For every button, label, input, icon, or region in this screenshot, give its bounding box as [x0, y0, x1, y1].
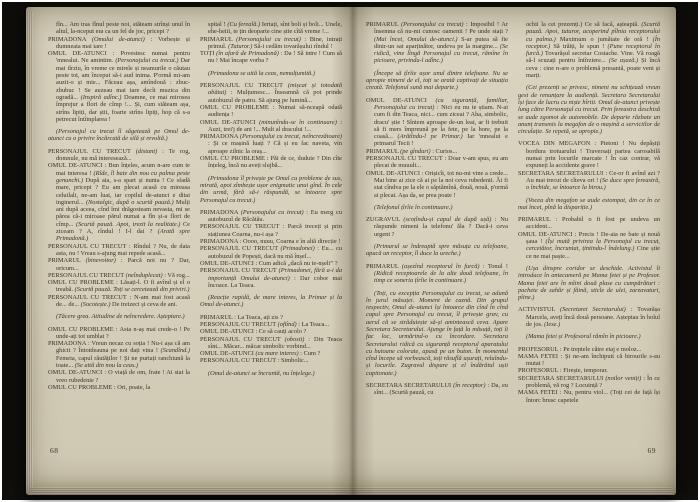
dialogue-line: MAMA FETEI : Și ne-am închipuit că birou…: [518, 353, 660, 368]
stage-direction: (Personajul cu trecut îl săgetează pe Om…: [48, 128, 190, 143]
dialogue-line: OMUL DE-ATUNCI : Bun înțeles, acum n-are…: [48, 162, 190, 242]
page-number-right: 69: [648, 446, 657, 455]
dialogue-line: OMUL CU PROBLEME : Ori, poate, la: [48, 384, 190, 391]
dialogue-line: PERSONAJUL CU TRECUT (oftînd) : La Teaca…: [200, 321, 342, 328]
dialogue-line: PRIMARUL (Personajului cu trecut) : Impo…: [366, 21, 508, 65]
dialogue-line: PRIMADONA : Oooo, nuuu, Coarna e în altă…: [200, 238, 342, 245]
book-photo-background: fîn... Am tras fînul peste noi, stăteam …: [2, 2, 698, 500]
stage-direction: (Cei prezenți se privesc, nimeni nu schi…: [518, 84, 660, 135]
dialogue-line: ZUGRAVUL (scoțîndu-și capul de după ușă)…: [366, 216, 508, 238]
page-right: PRIMARUL (Personajului cu trecut) : Impo…: [356, 7, 674, 485]
text-column-1: fîn... Am tras fînul peste noi, stăteam …: [48, 21, 190, 441]
dialogue-line: OMUL DE-ATUNCI : Precis ! De-aia ne bate…: [518, 231, 660, 260]
dialogue-line: PERSONAJUL CU TRECUT (Primadonei, fără a…: [200, 267, 342, 289]
dialogue-line: fîn... Am tras fînul peste noi, stăteam …: [48, 21, 190, 36]
dialogue-line: PRIMARUL : La Teaca, ați zis ?: [200, 314, 342, 321]
dialogue-line: MAMA FETEI : Nu, pentru viol... (Toți ce…: [518, 389, 660, 404]
dialogue-line: OMUL CU PROBLEME : Numai să-nceapă odată…: [200, 104, 342, 119]
dialogue-line: PRIMADONA (Personajului cu trecut, neînc…: [200, 133, 342, 155]
stage-direction: (Vocea din megafon se aude estompat, din…: [518, 197, 660, 212]
dialogue-line: OMUL DE-ATUNCI (cu siguranță, familiar, …: [366, 97, 508, 148]
dialogue-line: PERSONAJUL CU TRECUT : Simbolic...: [200, 357, 342, 364]
dialogue-line: PERSONAJUL CU TRECUT : Doar v-am spus, e…: [366, 155, 508, 170]
dialogue-line: PRIMADONA (Omului de-atunci) : Vorbește …: [48, 36, 190, 51]
stage-direction: (Tăcere grea. Atitudine de neîncredere. …: [48, 313, 190, 320]
dialogue-line: PRIMARUL (pe gînduri) : Curios...: [366, 148, 508, 155]
dialogue-line: spital ! (Cu fereală.) Iertați, sînt bol…: [200, 21, 342, 36]
page-stack-edge-bottom: [30, 487, 672, 495]
dialogue-line: OMUL DE-ATUNCI (minunîndu-se în continua…: [200, 119, 342, 134]
dialogue-line: PROFESORUL : Pe treptele către etaj e mo…: [518, 346, 660, 353]
dialogue-line: OMUL DE-ATUNCI : Orișicît, tot nu-mi vin…: [366, 170, 508, 199]
dialogue-line: PRIMARUL (Personajului cu trecut) : Bine…: [200, 36, 342, 51]
dialogue-line: PERSONAJUL CU TRECUT : N-am mai fost aca…: [48, 294, 190, 309]
stage-direction: (Primadona îl privește pe Omul cu proble…: [200, 175, 342, 204]
dialogue-line: PRIMARUL (așezînd receptorul în furcă) :…: [366, 263, 508, 285]
open-book-spread: fîn... Am tras fînul peste noi, stăteam …: [26, 7, 676, 495]
dialogue-line: SECRETARA SECRETARULUI (în receptor) : D…: [366, 382, 508, 397]
dialogue-line: SECRETARA SECRETARULUI : Ce-or fi avînd …: [518, 170, 660, 192]
dialogue-line: TOȚI (în afară de Primadonă) : Da ! Să i…: [200, 50, 342, 65]
dialogue-line: PERSONAJUL CU TRECUT (Primadonei) : Eu..…: [200, 245, 342, 260]
dialogue-line: PRIMADONA (Personajului cu trecut) : Eu …: [200, 209, 342, 224]
stage-direction: (Mama fetei și Profesorul rămîn în picio…: [518, 333, 660, 340]
dialogue-line: PERSONAJUL CU TRECUT : Parcă treceți și …: [200, 223, 342, 238]
dialogue-line: PROFESORUL : Firește, temporar.: [518, 367, 660, 374]
stage-direction: (Ușa dinspre coridor se deschide. Activi…: [518, 265, 660, 301]
dialogue-line: PRIMARUL (binevoitor) : Parcă noi nu ? D…: [48, 257, 190, 272]
stage-direction: (Primadona se uită la ceas, nemulțumită.…: [200, 70, 342, 77]
dialogue-line: OMUL CU PROBLEME : Păi de ce, duduie ? D…: [200, 155, 342, 170]
stage-direction: (Primarul se îndreaptă spre măsuța cu te…: [366, 243, 508, 258]
dialogue-line: PRIMARUL : Probabil o fi fost pe undeva …: [518, 216, 660, 231]
dialogue-line: OMUL DE-ATUNCI : O viață de om, frate ! …: [48, 369, 190, 384]
text-column-4: ochii la cei prezenți.) Ce să facă, aște…: [518, 21, 660, 441]
dialogue-line: OMUL CU PROBLEME : Asta n-aș mai crede-o…: [48, 326, 190, 341]
dialogue-line: ochii la cei prezenți.) Ce să facă, aște…: [518, 21, 660, 79]
dialogue-line: OMUL CU PROBLEME : Lăsați-l. O fi avînd …: [48, 279, 190, 294]
dialogue-line: OMUL DE-ATUNCI : Ce să cauți acolo ?: [200, 328, 342, 335]
dialogue-line: PRIMADONA : Vreun necaz cu soția ! Nu-i …: [48, 340, 190, 369]
dialogue-line: PERSONAJUL CU TRECUT (obosit) : Din Teac…: [200, 336, 342, 351]
dialogue-line: PERSONAJUL CU TRECUT (distant) : Te rog,…: [48, 148, 190, 163]
stage-direction: (Telefonul țîrîie în continuare.): [366, 204, 508, 211]
dialogue-line: VOCEA DIN MEGAFON : Pietoni ! Nu depășiț…: [518, 140, 660, 169]
stage-direction: (Reacție rapidă, de mare interes, la Pri…: [200, 294, 342, 309]
dialogue-line: OMUL DE-ATUNCI (cu mare interes) : Cum ?: [200, 350, 342, 357]
text-column-2: spital ! (Cu fereală.) Iertați, sînt bol…: [200, 21, 342, 441]
dialogue-line: PERSONAJUL CU TRECUT (mișcat și totodată…: [200, 82, 342, 104]
text-column-3: PRIMARUL (Personajului cu trecut) : Impo…: [366, 21, 508, 441]
stage-direction: (Omul de-atunci se încruntă, nu înțelege…: [200, 370, 342, 377]
dialogue-line: PERSONAJUL CU TRECUT (neînduplecat) : Vă…: [48, 272, 190, 279]
dialogue-line: OMUL DE-ATUNCI : Cum adică „dacă nu te-n…: [200, 260, 342, 267]
dialogue-line: SECRETARA SECRETARULUI (noilor veniți) :…: [518, 375, 660, 390]
page-number-left: 68: [50, 446, 59, 455]
stage-direction: (Începe să țîrîie ușor unul dintre telef…: [366, 70, 508, 92]
page-left: fîn... Am tras fînul peste noi, stăteam …: [28, 7, 348, 485]
dialogue-line: PERSONAJUL CU TRECUT : Rîndul ? Nu, de d…: [48, 243, 190, 258]
dialogue-line: ACTIVISTUL (Secretarei Secretarului) : T…: [518, 306, 660, 328]
dialogue-line: OMUL DE-ATUNCI : Povestesc numai pentru …: [48, 50, 190, 123]
stage-direction: (Toți, cu excepția Personajului cu trecu…: [366, 290, 508, 378]
